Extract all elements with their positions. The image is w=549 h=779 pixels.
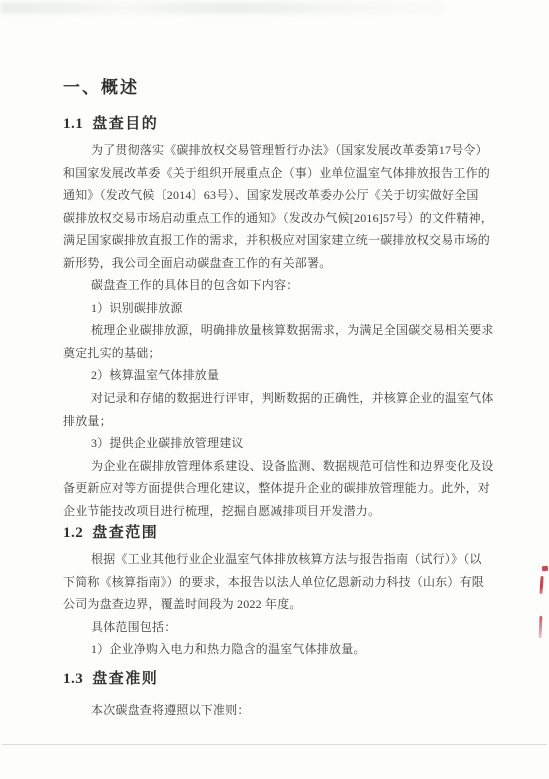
document-page: 一、概述 1.1 盘查目的 为了贯彻落实《碳排放权交易管理暂行办法》（国家发展改…: [0, 0, 549, 779]
section-body: 根据《工业其他行业企业温室气体排放核算方法与报告指南（试行）》（以下简称《核算指…: [63, 548, 488, 661]
text-line: 排放量；: [63, 410, 488, 433]
text-line: 1）企业净购入电力和热力隐含的温室气体排放量。: [63, 638, 488, 661]
section-number: 1.1: [63, 114, 83, 135]
section-title: 盘查目的: [92, 114, 158, 135]
text-line: 为了贯彻落实《碳排放权交易管理暂行办法》（国家发展改革委第17号令）: [63, 139, 488, 162]
text-line: 公司为盘查边界，覆盖时间段为 2022 年度。: [63, 593, 488, 616]
text-line: 3）提供企业碳排放管理建议: [63, 432, 488, 455]
text-line: 本次碳盘查将遵照以下准则：: [63, 699, 488, 722]
chapter-title: 一、概述: [63, 76, 488, 100]
section-body: 为了贯彻落实《碳排放权交易管理暂行办法》（国家发展改革委第17号令）和国家发展改…: [63, 139, 488, 522]
text-line: 具体范围包括：: [63, 616, 488, 639]
text-line: 碳盘查工作的具体目的包含如下内容：: [63, 274, 488, 297]
text-line: 为企业在碳排放管理体系建设、设备监测、数据规范可信性和边界变化及设: [63, 455, 488, 478]
text-line: 满足国家碳排放直报工作的需求，并积极应对国家建立统一碳排放权交易市场的: [63, 229, 488, 252]
red-ink-mark: [542, 566, 549, 572]
document-content: 一、概述 1.1 盘查目的 为了贯彻落实《碳排放权交易管理暂行办法》（国家发展改…: [63, 0, 488, 722]
footer-rule: [2, 744, 547, 745]
section-heading: 1.2 盘查范围: [63, 523, 488, 544]
section-number: 1.3: [63, 669, 83, 690]
section-body: 本次碳盘查将遵照以下准则：: [63, 699, 488, 722]
text-line: 和国家发展改革委《关于组织开展重点企（事）业单位温室气体排放报告工作的: [63, 162, 488, 185]
text-line: 2）核算温室气体排放量: [63, 364, 488, 387]
red-ink-mark: [539, 576, 543, 594]
text-line: 根据《工业其他行业企业温室气体排放核算方法与报告指南（试行）》（以: [63, 548, 488, 571]
section-title: 盘查范围: [92, 523, 158, 544]
section-heading: 1.1 盘查目的: [63, 114, 488, 135]
text-line: 企业节能技改项目进行梳理，挖掘自愿减排项目开发潜力。: [63, 500, 488, 523]
text-line: 梳理企业碳排放源，明确排放量核算数据需求，为满足全国碳交易相关要求: [63, 319, 488, 342]
text-line: 新形势，我公司全面启动碳盘查工作的有关部署。: [63, 252, 488, 275]
section-title: 盘查准则: [92, 669, 158, 690]
text-line: 通知》（发改气候〔2014〕63号）、国家发展改革委办公厅《关于切实做好全国: [63, 184, 488, 207]
text-line: 下简称《核算指南》）的要求，本报告以法人单位亿恩新动力科技（山东）有限: [63, 571, 488, 594]
section-heading: 1.3 盘查准则: [63, 669, 488, 690]
text-line: 1）识别碳排放源: [63, 297, 488, 320]
text-line: 对记录和存储的数据进行评审，判断数据的正确性，并核算企业的温室气体: [63, 387, 488, 410]
red-ink-mark: [539, 616, 542, 638]
text-line: 奠定扎实的基础；: [63, 342, 488, 365]
section-inventory-purpose: 1.1 盘查目的 为了贯彻落实《碳排放权交易管理暂行办法》（国家发展改革委第17…: [63, 114, 488, 522]
section-inventory-criteria: 1.3 盘查准则 本次碳盘查将遵照以下准则：: [63, 669, 488, 722]
text-line: 碳排放权交易市场启动重点工作的通知》（发改办气候[2016]57号）的文件精神，: [63, 207, 488, 230]
text-line: 备更新应对等方面提供合理化建议，整体提升企业的碳排放管理能力。此外，对: [63, 477, 488, 500]
section-inventory-scope: 1.2 盘查范围 根据《工业其他行业企业温室气体排放核算方法与报告指南（试行）》…: [63, 523, 488, 661]
section-number: 1.2: [63, 523, 83, 544]
